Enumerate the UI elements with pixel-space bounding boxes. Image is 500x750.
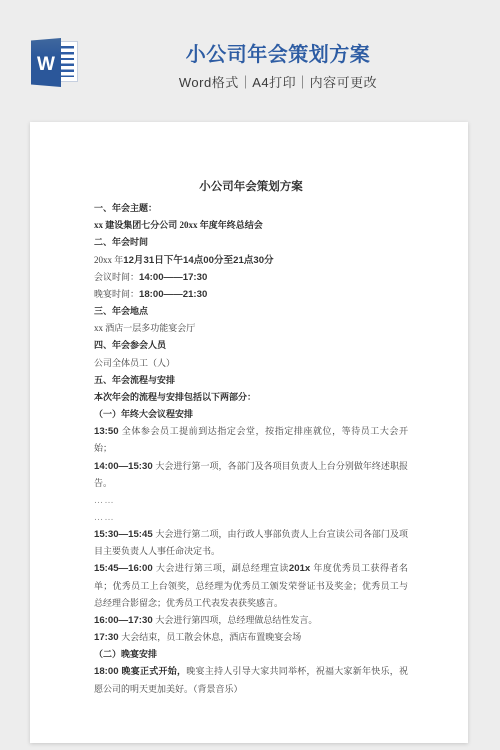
doc-paragraph: 16:00—17:30 大会进行第四项，总经理做总结性发言。 (94, 612, 408, 629)
text-run: 大会进行第四项，总经理做总结性发言。 (155, 615, 317, 625)
text-run: 四、年会参会人员 (94, 340, 166, 350)
doc-paragraph: 15:45—16:00 大会进行第三项，副总经理宣读201x 年度优秀员工获得者… (94, 560, 408, 611)
doc-paragraph: xx 建设集团七分公司 20xx 年度年终总结会 (94, 217, 408, 234)
text-run: 三、年会地点 (94, 306, 148, 316)
text-run: 大会进行第三项，副总经理宣读 (156, 563, 289, 573)
text-run: xx 酒店一层多功能宴会厅 (94, 323, 195, 333)
doc-paragraph: 20xx 年12月31日下午14点00分至21点30分 (94, 252, 408, 269)
text-run: 会议时间： (94, 272, 139, 282)
time-text: 14:00—15:30 (94, 461, 155, 472)
doc-paragraph: 18:00 晚宴正式开始，晚宴主持人引导大家共同举杯，祝福大家新年快乐，祝愿公司… (94, 663, 408, 697)
time-text: 15:30—15:45 (94, 529, 155, 540)
text-run: 20xx 年 (94, 255, 123, 265)
doc-paragraph: 五、年会流程与安排 (94, 372, 408, 389)
document-body: 一、年会主题：xx 建设集团七分公司 20xx 年度年终总结会二、年会时间20x… (94, 200, 408, 698)
doc-title: 小公司年会策划方案 (94, 179, 408, 196)
text-run: 五、年会流程与安排 (94, 375, 175, 385)
text-run: 大会结束，员工散会休息，酒店布置晚宴会场 (121, 632, 301, 642)
time-text: 16:00—17:30 (94, 615, 155, 626)
doc-paragraph: 14:00—15:30 大会进行第一项，各部门及各项目负责人上台分别做年终述职报… (94, 458, 408, 492)
doc-paragraph: 公司全体员工（人） (94, 355, 408, 372)
time-text: 13:50 (94, 426, 122, 437)
text-run: 全体参会员工提前到达指定会堂，按指定排座就位，等待员工大会开始； (94, 426, 408, 453)
time-text: 18:00 (94, 666, 121, 677)
doc-paragraph: （一）年终大会议程安排 (94, 406, 408, 423)
doc-paragraph: 本次年会的流程与安排包括以下两部分： (94, 389, 408, 406)
doc-paragraph: 17:30 大会结束，员工散会休息，酒店布置晚宴会场 (94, 629, 408, 646)
text-run: …… (94, 512, 115, 522)
text-run: 晚宴时间： (94, 289, 139, 299)
time-text: 17:30 (94, 632, 121, 643)
word-icon-letter: W (37, 49, 55, 76)
text-run: 一、年会主题： (94, 203, 157, 213)
doc-paragraph: xx 酒店一层多功能宴会厅 (94, 320, 408, 337)
text-run: 二、年会时间 (94, 237, 148, 247)
doc-paragraph: 四、年会参会人员 (94, 337, 408, 354)
time-text: 12月31日下午14点00分至21点30分 (123, 255, 273, 266)
doc-paragraph: 二、年会时间 (94, 234, 408, 251)
text-run: 本次年会的流程与安排包括以下两部分： (94, 392, 256, 402)
template-preview-page: { "palette": { "background": "#ededed", … (0, 0, 500, 750)
header: W 小公司年会策划方案 Word格式｜A4打印｜内容可更改 (0, 0, 500, 122)
ellipsis-line: …… (94, 492, 408, 509)
doc-paragraph: 会议时间：14:00——17:30 (94, 269, 408, 286)
doc-paragraph: （二）晚宴安排 (94, 646, 408, 663)
text-run: …… (94, 495, 115, 505)
doc-paragraph: 15:30—15:45 大会进行第二项，由行政人事部负责人上台宣读公司各部门及项… (94, 526, 408, 560)
time-text: 18:00——21:30 (139, 289, 207, 300)
text-run: xx 建设集团七分公司 20xx 年度年终总结会 (94, 220, 263, 230)
page-title: 小公司年会策划方案 (56, 42, 500, 68)
doc-paragraph: 晚宴时间：18:00——21:30 (94, 286, 408, 303)
doc-paragraph: 13:50 全体参会员工提前到达指定会堂，按指定排座就位，等待员工大会开始； (94, 423, 408, 457)
text-run: （二）晚宴安排 (94, 649, 157, 659)
doc-paragraph: 一、年会主题： (94, 200, 408, 217)
doc-paragraph: 三、年会地点 (94, 303, 408, 320)
header-text: 小公司年会策划方案 Word格式｜A4打印｜内容可更改 (56, 42, 500, 91)
time-text: 15:45—16:00 (94, 563, 156, 574)
text-run: 晚宴正式开始， (121, 666, 186, 676)
text-run: 公司全体员工（人） (94, 358, 175, 368)
ellipsis-line: …… (94, 509, 408, 526)
time-text: 201x (289, 563, 314, 574)
document-page: 小公司年会策划方案 一、年会主题：xx 建设集团七分公司 20xx 年度年终总结… (30, 122, 468, 743)
page-subtitle: Word格式｜A4打印｜内容可更改 (56, 74, 500, 91)
time-text: 14:00——17:30 (139, 272, 207, 283)
text-run: （一）年终大会议程安排 (94, 409, 193, 419)
